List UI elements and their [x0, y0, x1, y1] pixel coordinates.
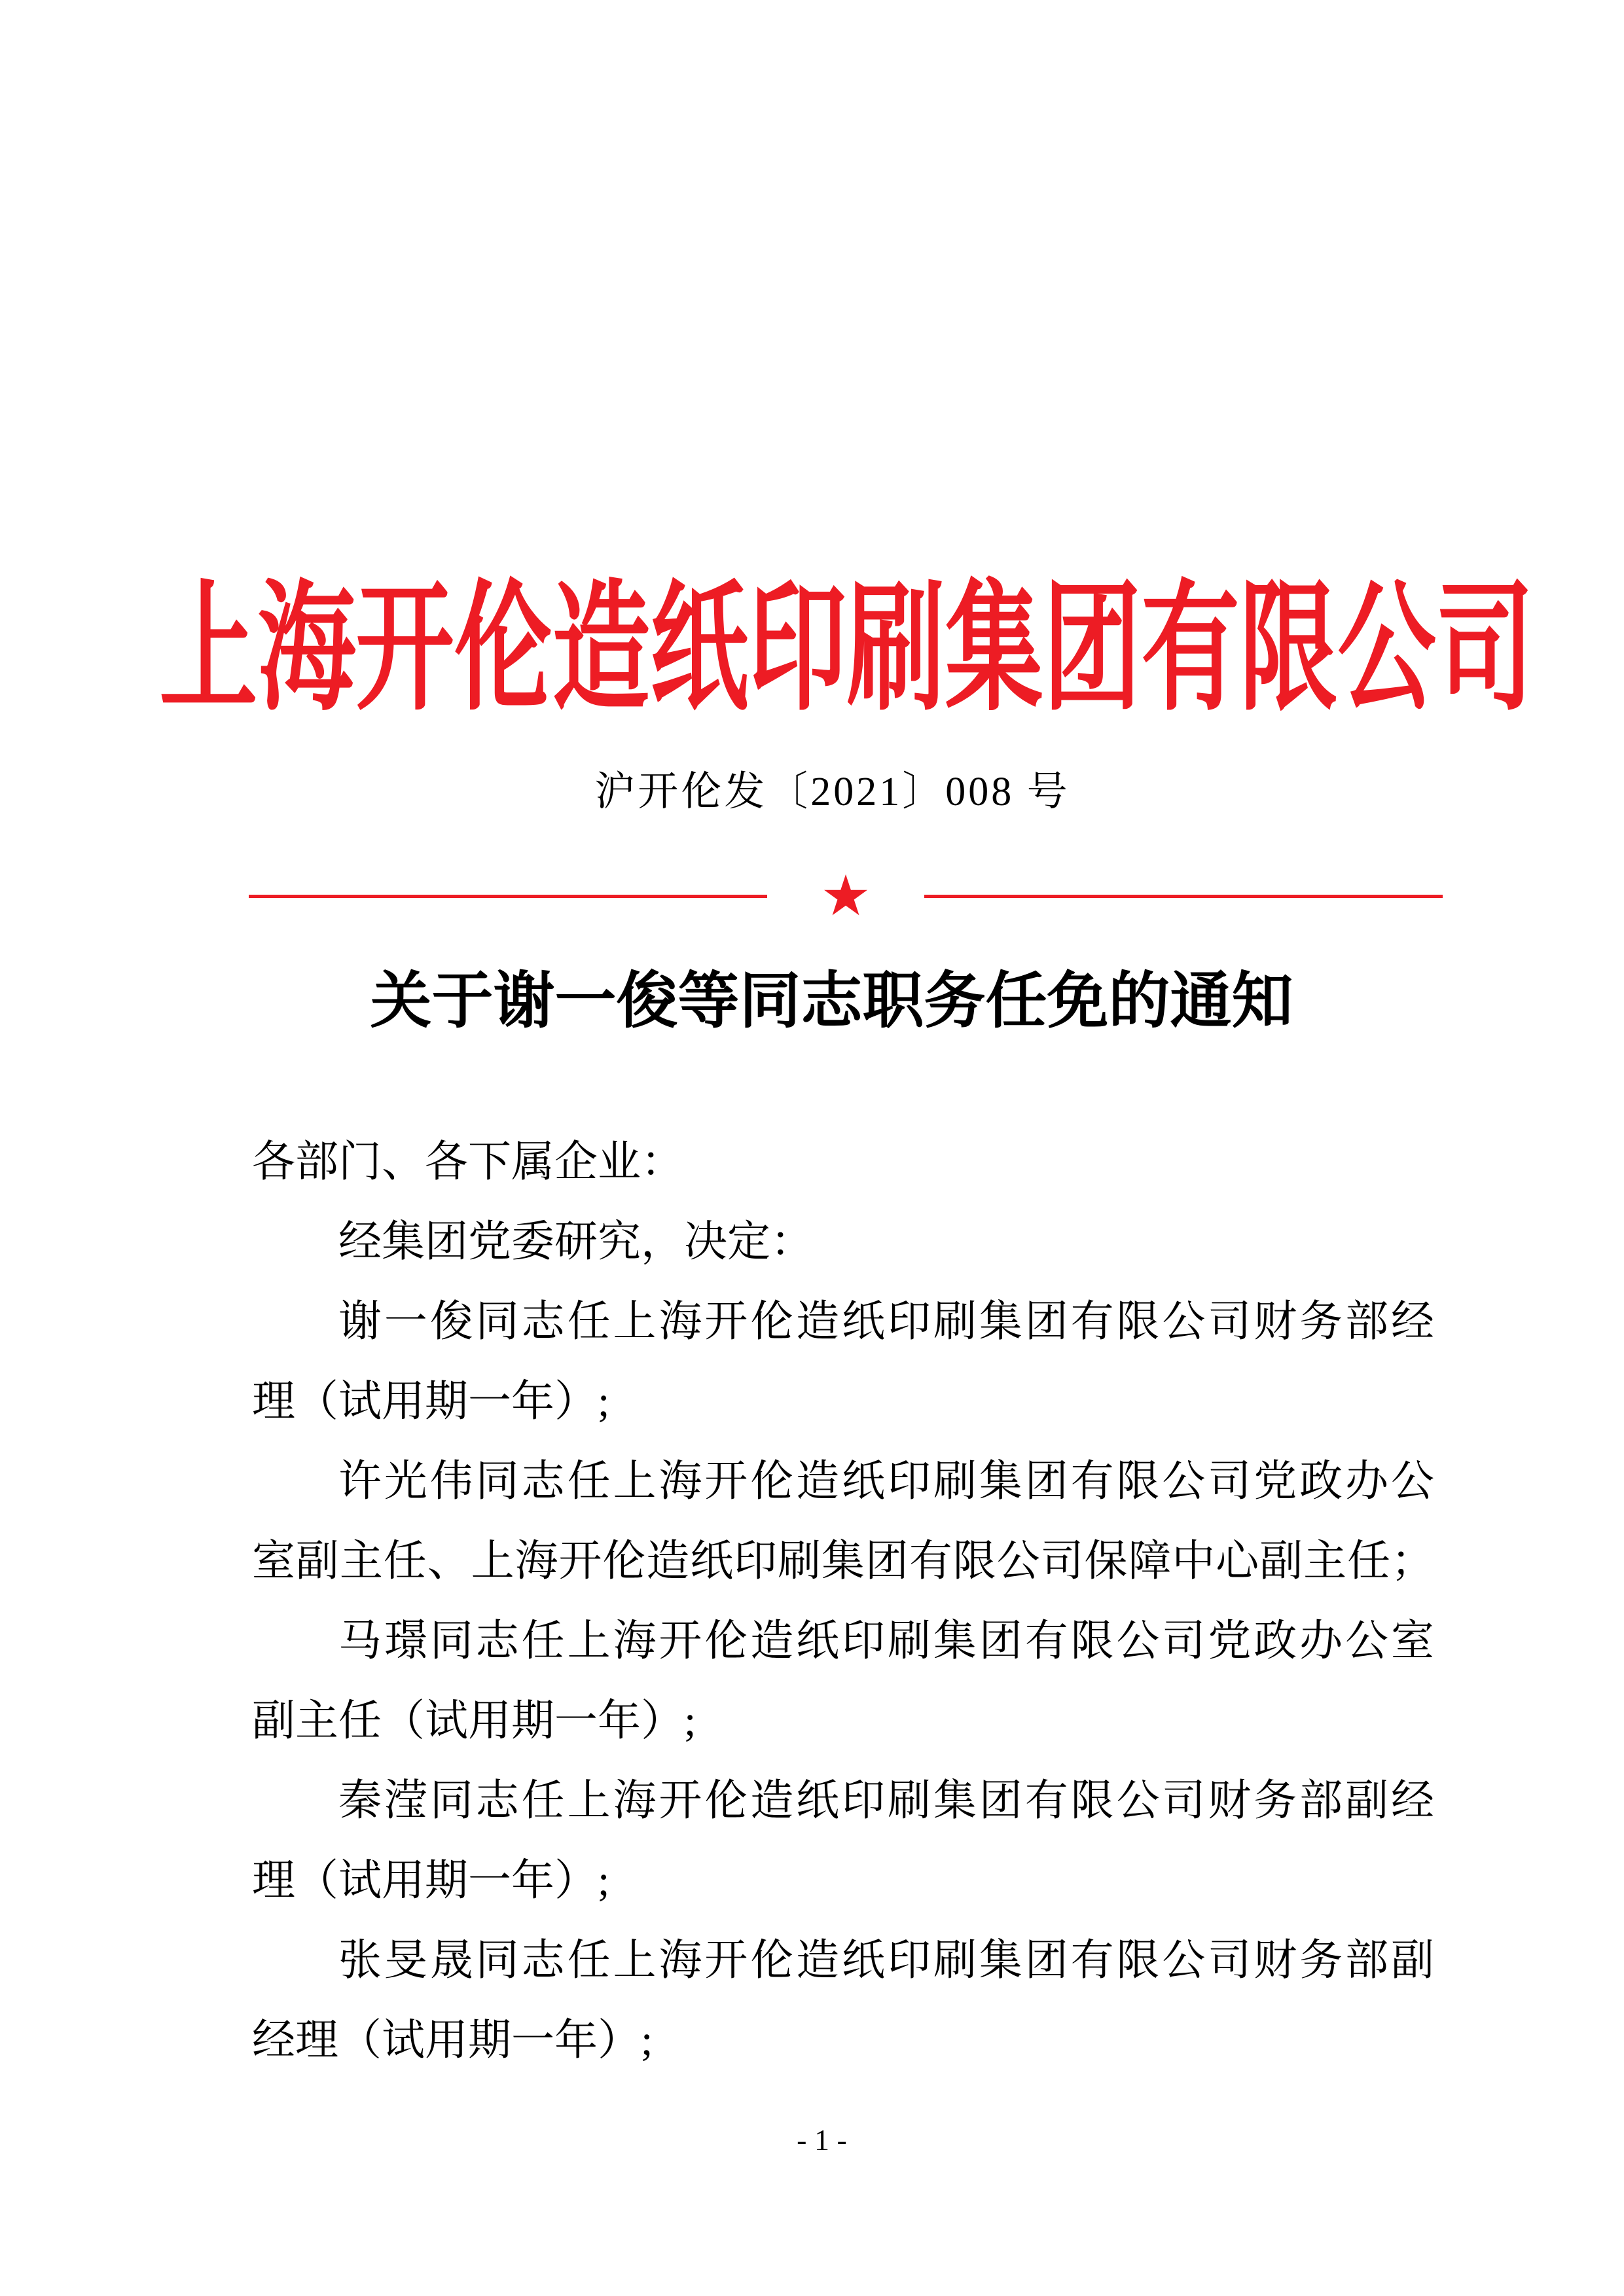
red-star-icon: ★: [767, 863, 924, 929]
body-line: 秦滢同志任上海开伦造纸印刷集团有限公司财务部副经: [252, 1761, 1434, 1841]
body-line: 许光伟同志任上海开伦造纸印刷集团有限公司党政办公: [252, 1442, 1434, 1522]
red-divider-right-line: [924, 895, 1443, 898]
doc-reference-number: 沪开伦发〔2021〕008 号: [0, 759, 1624, 825]
body-line-salutation: 各部门、各下属企业：: [252, 1122, 1434, 1202]
body-line: 理（试用期一年）;: [252, 1362, 1434, 1442]
body-line: 副主任（试用期一年）;: [252, 1681, 1434, 1761]
body-line: 经理（试用期一年）;: [252, 2001, 1434, 2081]
body-line: 经集团党委研究，决定：: [252, 1202, 1434, 1282]
red-divider-left-line: [249, 895, 767, 898]
page-number: - 1 -: [0, 2121, 1624, 2160]
notice-body: 各部门、各下属企业： 经集团党委研究，决定： 谢一俊同志任上海开伦造纸印刷集团有…: [252, 1122, 1434, 2081]
document-page: 上海开伦造纸印刷集团有限公司 沪开伦发〔2021〕008 号 ★ 关于谢一俊等同…: [0, 0, 1624, 2296]
body-line: 马璟同志任上海开伦造纸印刷集团有限公司党政办公室: [252, 1602, 1434, 1681]
body-line: 谢一俊同志任上海开伦造纸印刷集团有限公司财务部经: [252, 1282, 1434, 1362]
letterhead-org-title: 上海开伦造纸印刷集团有限公司: [0, 580, 1624, 721]
body-line: 张旻晟同志任上海开伦造纸印刷集团有限公司财务部副: [252, 1921, 1434, 2001]
body-line: 室副主任、上海开伦造纸印刷集团有限公司保障中心副主任；: [252, 1522, 1434, 1602]
body-line: 理（试用期一年）;: [252, 1841, 1434, 1921]
notice-title: 关于谢一俊等同志职务任免的通知: [0, 965, 1624, 1038]
red-divider: ★: [249, 863, 1443, 929]
